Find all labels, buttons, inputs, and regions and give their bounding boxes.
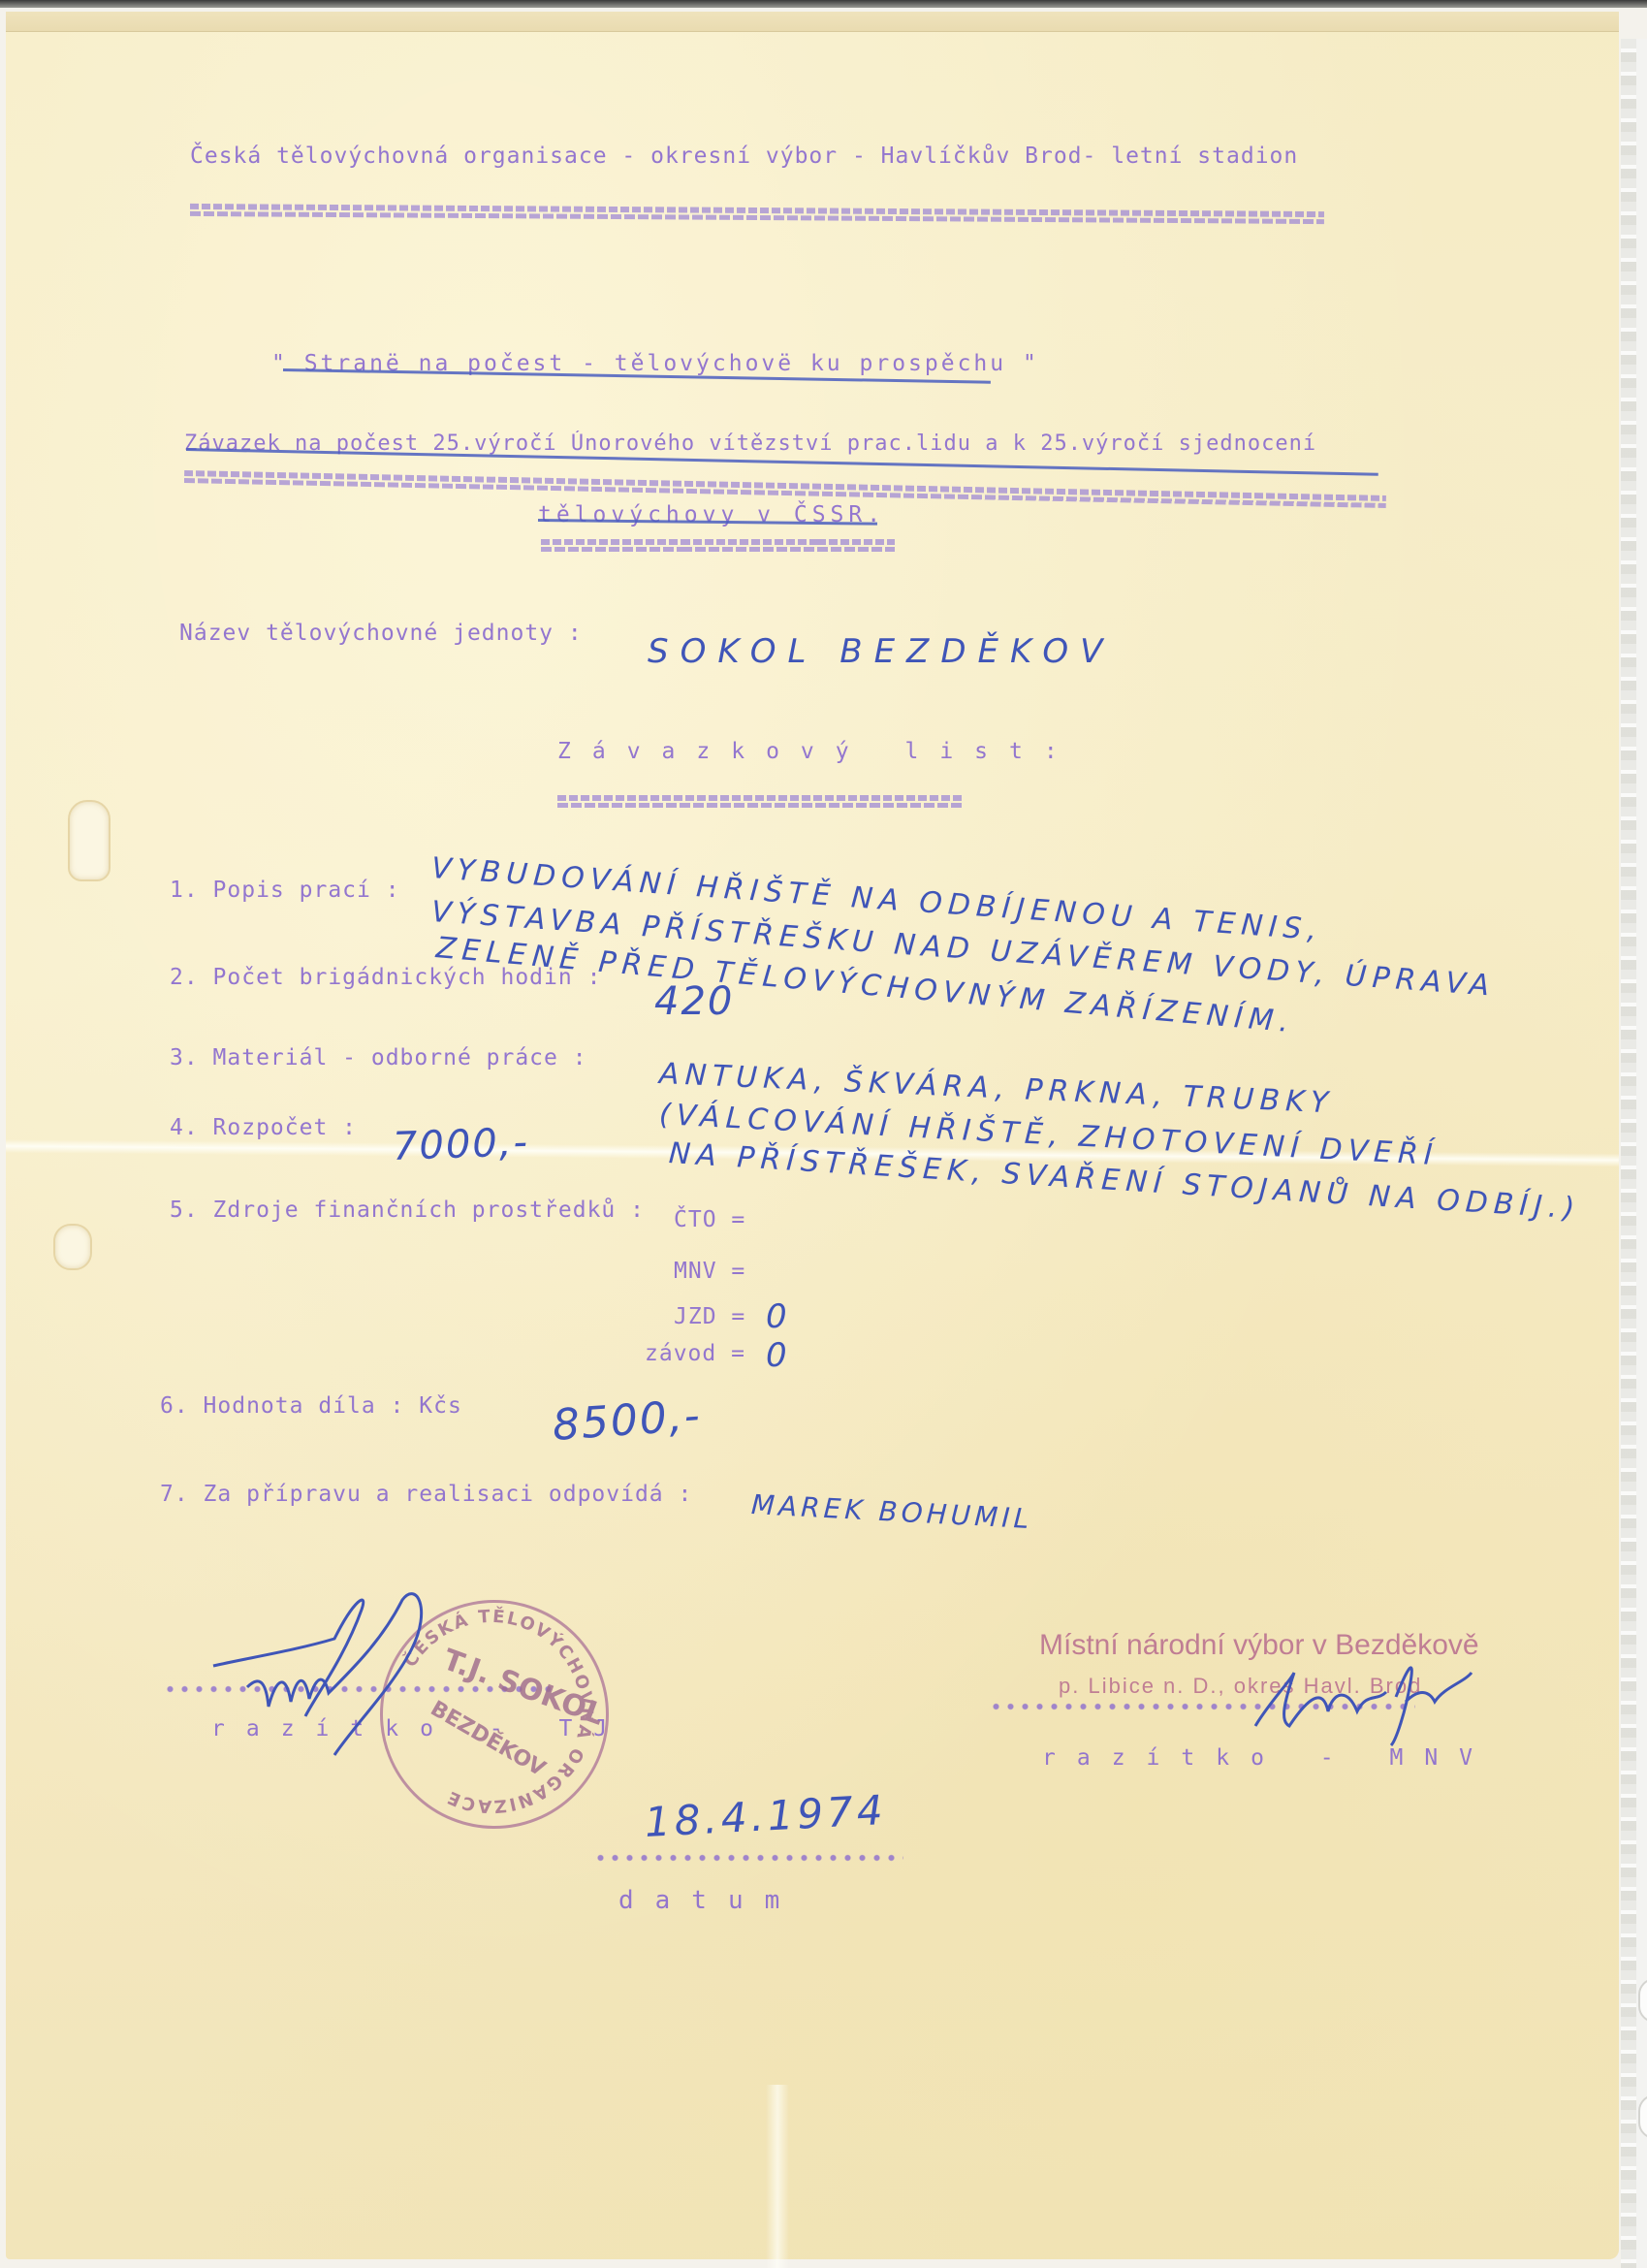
item-6-value: 8500,- [551,1390,703,1451]
sheet-protector-edge [1621,39,1647,2268]
source-mnv: MNV = [674,1259,745,1284]
unit-name-label: Název tělovýchovné jednoty : [179,621,583,646]
item-7-label: 7. Za přípravu a realisaci odpovídá : [160,1482,692,1507]
source-cto: ČTO = [674,1207,745,1232]
item-4-value: 7000,- [392,1120,529,1169]
punch-hole [68,800,111,881]
item-3-label: 3. Materiál - odborné práce : [170,1045,587,1070]
form-title: Závazkový list: [557,739,1079,764]
source-zavod-value: 0 [766,1336,789,1375]
scanner-edge [0,0,1647,8]
form-title-underline [557,795,965,801]
unit-name-value: SOKOL BEZDĚKOV [648,632,1114,671]
paper-top-fold [6,12,1619,32]
item-4-label: 4. Rozpočet : [170,1115,357,1140]
source-zavod: závod = [645,1341,745,1366]
source-jzd: JZD = [674,1304,745,1329]
commitment-line-2-underline [541,539,681,545]
mnv-signature [1251,1644,1473,1750]
organisation-header: Česká tělovýchovná organisace - okresní … [190,144,1298,169]
paper-crease-vertical [766,2085,789,2268]
item-1-label: 1. Popis prací : [170,878,400,903]
punch-hole [53,1224,92,1270]
item-2-value: 420 [654,979,734,1024]
date-line [593,1854,903,1862]
item-6-label: 6. Hodnota díla : Kčs [160,1393,462,1419]
date-caption: datum [618,1886,801,1915]
tj-signature [208,1581,460,1774]
source-jzd-value: 0 [766,1297,789,1336]
item-5-label: 5. Zdroje finančních prostředků : [170,1198,645,1223]
item-2-label: 2. Počet brigádnických hodin : [170,965,601,990]
